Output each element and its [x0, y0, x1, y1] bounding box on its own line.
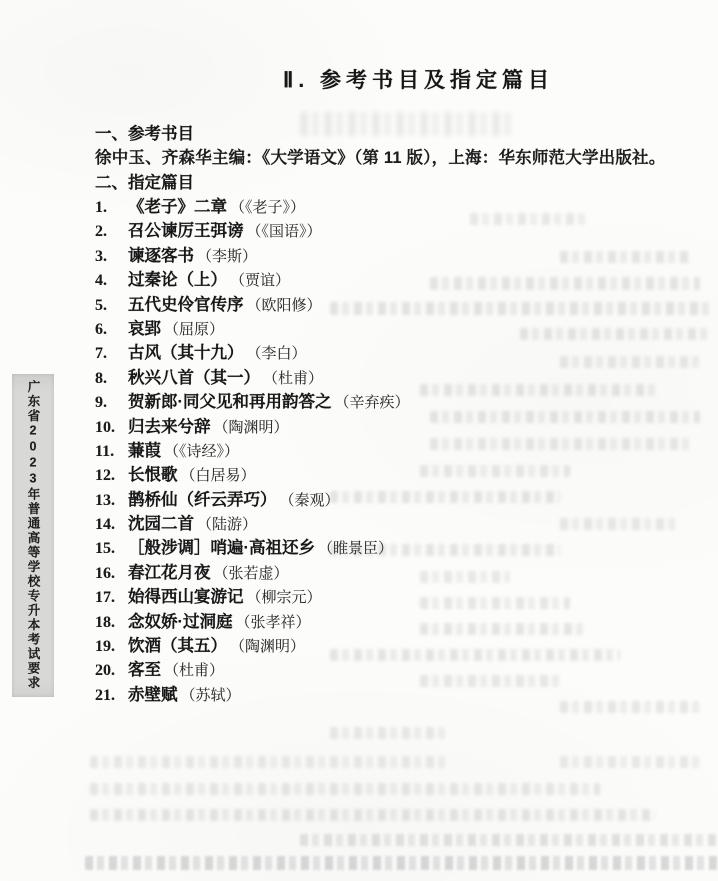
item-title: 秋兴八首（其一） [128, 366, 260, 390]
main-content: 一、参考书目 徐中玉、齐森华主编：《大学语文》（第 11 版），上海：华东师范大… [95, 122, 680, 707]
item-number: 21. [95, 684, 128, 708]
list-item: 5. 五代史伶官传序 （欧阳修） [95, 293, 680, 317]
item-title: 赤壁赋 [128, 683, 178, 707]
item-number: 16. [95, 562, 128, 586]
item-author: （张孝祥） [236, 610, 311, 634]
bleedthrough-text [330, 727, 450, 739]
bleedthrough-text [300, 834, 718, 846]
item-author: （《老子》） [230, 195, 305, 219]
item-title: 古风（其十九） [128, 341, 244, 365]
item-title: 过秦论（上） [128, 268, 227, 292]
item-number: 7. [95, 342, 128, 366]
item-author: （李斯） [197, 244, 257, 268]
item-number: 12. [95, 464, 128, 488]
item-title: 蒹葭 [128, 439, 161, 463]
list-item: 15. ［般涉调］哨遍·高祖还乡 （睢景臣） [95, 536, 680, 560]
list-item: 1. 《老子》二章 （《老子》） [95, 195, 680, 219]
item-author: （《诗经》） [164, 439, 239, 463]
item-author: （陶渊明） [214, 415, 289, 439]
designated-heading: 二、指定篇目 [95, 171, 680, 195]
list-item: 12. 长恨歌 （白居易） [95, 463, 680, 487]
item-author: （秦观） [280, 488, 340, 512]
list-item: 14. 沈园二首 （陆游） [95, 512, 680, 536]
item-author: （欧阳修） [247, 293, 322, 317]
list-item: 21. 赤壁赋 （苏轼） [95, 683, 680, 707]
list-item: 13. 鹊桥仙（纤云弄巧） （秦观） [95, 488, 680, 512]
item-author: （杜甫） [263, 366, 323, 390]
list-item: 19. 饮酒（其五） （陶渊明） [95, 634, 680, 658]
item-author: （贾谊） [230, 268, 290, 292]
designated-text-list: 1. 《老子》二章 （《老子》） 2. 召公谏厉王弭谤 （《国语》） 3. 谏逐… [95, 195, 680, 707]
item-title: 始得西山宴游记 [128, 585, 244, 609]
item-number: 2. [95, 220, 128, 244]
list-item: 11. 蒹葭 （《诗经》） [95, 439, 680, 463]
bibliography-heading: 一、参考书目 [95, 122, 680, 146]
list-item: 16. 春江花月夜 （张若虚） [95, 561, 680, 585]
list-item: 3. 谏逐客书 （李斯） [95, 244, 680, 268]
exam-requirement-side-strip: 广东省2023年普通高等学校专升本考试要求 [12, 374, 54, 697]
item-author: （睢景臣） [318, 536, 393, 560]
item-author: （辛弃疾） [335, 390, 410, 414]
item-number: 17. [95, 586, 128, 610]
item-number: 1. [95, 196, 128, 220]
item-author: （陶渊明） [230, 634, 305, 658]
item-title: 念奴娇·过洞庭 [128, 610, 233, 634]
item-number: 15. [95, 537, 128, 561]
list-item: 6. 哀郢 （屈原） [95, 317, 680, 341]
item-number: 19. [95, 635, 128, 659]
item-number: 10. [95, 416, 128, 440]
bleedthrough-text [90, 756, 450, 768]
item-number: 11. [95, 440, 128, 464]
list-item: 2. 召公谏厉王弭谤 （《国语》） [95, 219, 680, 243]
item-author: （屈原） [164, 317, 224, 341]
item-title: ［般涉调］哨遍·高祖还乡 [128, 536, 315, 560]
list-item: 9. 贺新郎·同父见和再用韵答之 （辛弃疾） [95, 390, 680, 414]
scanned-book-page: Ⅱ. 参考书目及指定篇目 广东省2023年普通高等学校专升本考试要求 一、参考书… [0, 0, 718, 881]
item-title: 五代史伶官传序 [128, 293, 244, 317]
item-author: （李白） [247, 341, 307, 365]
bleedthrough-text [90, 809, 655, 821]
list-item: 17. 始得西山宴游记 （柳宗元） [95, 585, 680, 609]
bibliography-entry: 徐中玉、齐森华主编：《大学语文》（第 11 版），上海：华东师范大学出版社。 [95, 146, 680, 171]
item-number: 13. [95, 489, 128, 513]
item-title: 哀郢 [128, 317, 161, 341]
item-title: 《老子》二章 [128, 195, 227, 219]
page-title: Ⅱ. 参考书目及指定篇目 [283, 64, 554, 94]
item-title: 召公谏厉王弭谤 [128, 219, 244, 243]
list-item: 8. 秋兴八首（其一） （杜甫） [95, 366, 680, 390]
bleedthrough-text [90, 783, 600, 795]
item-number: 4. [95, 269, 128, 293]
bleedthrough-text [85, 856, 718, 870]
list-item: 20. 客至 （杜甫） [95, 658, 680, 682]
item-number: 18. [95, 611, 128, 635]
item-number: 8. [95, 367, 128, 391]
list-item: 10. 归去来兮辞 （陶渊明） [95, 415, 680, 439]
item-author: （张若虚） [214, 561, 289, 585]
item-title: 鹊桥仙（纤云弄巧） [128, 488, 277, 512]
item-number: 5. [95, 294, 128, 318]
item-title: 贺新郎·同父见和再用韵答之 [128, 390, 332, 414]
item-author: （《国语》） [247, 219, 322, 243]
list-item: 7. 古风（其十九） （李白） [95, 341, 680, 365]
item-number: 9. [95, 391, 128, 415]
list-item: 18. 念奴娇·过洞庭 （张孝祥） [95, 610, 680, 634]
list-item: 4. 过秦论（上） （贾谊） [95, 268, 680, 292]
item-author: （白居易） [181, 463, 256, 487]
item-author: （柳宗元） [247, 585, 322, 609]
item-title: 长恨歌 [128, 463, 178, 487]
item-title: 春江花月夜 [128, 561, 211, 585]
item-title: 沈园二首 [128, 512, 194, 536]
item-number: 20. [95, 659, 128, 683]
item-number: 3. [95, 245, 128, 269]
item-title: 客至 [128, 658, 161, 682]
bleedthrough-text [560, 756, 700, 768]
item-author: （苏轼） [181, 683, 241, 707]
item-author: （杜甫） [164, 658, 224, 682]
item-author: （陆游） [197, 512, 257, 536]
item-number: 14. [95, 513, 128, 537]
item-title: 饮酒（其五） [128, 634, 227, 658]
item-number: 6. [95, 318, 128, 342]
sidebar-vertical-label: 广东省2023年普通高等学校专升本考试要求 [24, 380, 42, 691]
item-title: 归去来兮辞 [128, 415, 211, 439]
item-title: 谏逐客书 [128, 244, 194, 268]
